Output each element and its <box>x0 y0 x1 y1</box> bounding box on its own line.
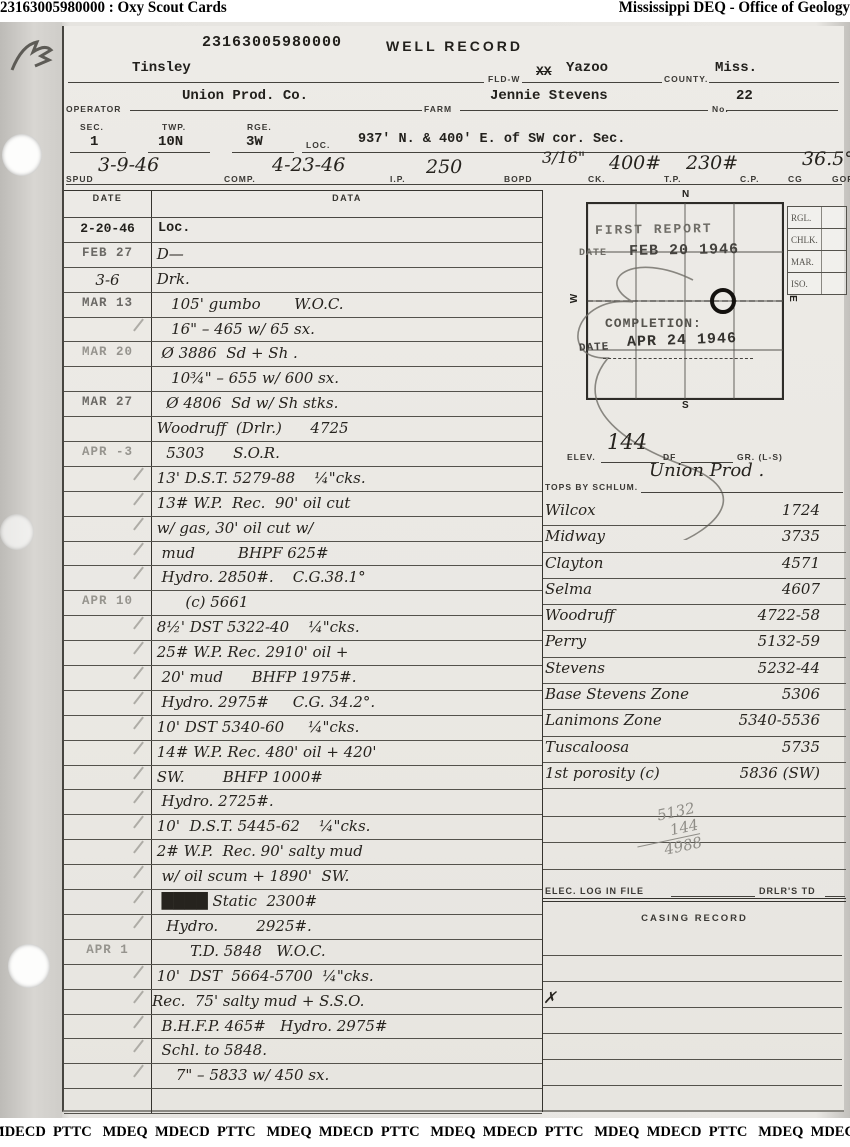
log-row: APR 1 T.D. 5848 W.O.C. <box>64 940 542 965</box>
log-row: 10' DST 5664-5700 ¼"cks. <box>64 965 542 990</box>
elev-value: 144 <box>607 430 647 454</box>
formation-tops-list: Wilcox 1724 Midway 3735 Clayton 4571 <box>543 500 846 789</box>
map-checkbox-label: MAR. <box>788 251 822 272</box>
formation-depth: 5836 (SW) <box>740 764 820 788</box>
twp-value: 10N <box>158 134 183 150</box>
casing-record-rows <box>543 930 846 1112</box>
log-row: 7" – 5833 w/ 450 sx. <box>64 1064 542 1089</box>
log-row-date <box>64 666 152 690</box>
log-row-text: B.H.F.P. 465# Hydro. 2975# <box>152 1015 542 1039</box>
rge-label: RGE. <box>247 122 272 132</box>
formation-depth: 5232-44 <box>758 659 820 683</box>
header-left-text: 23163005980000 : Oxy Scout Cards <box>0 0 227 17</box>
ip-label: I.P. <box>390 174 406 184</box>
elec-log-label: ELEC. LOG IN FILE <box>545 886 644 896</box>
log-row-date: MAR 20 <box>64 342 152 366</box>
log-row <box>64 1089 542 1114</box>
log-row-date <box>64 840 152 864</box>
cg-value: 36.5° <box>802 148 850 170</box>
tops-by-value: Union Prod . <box>649 460 764 481</box>
log-row-date <box>64 616 152 640</box>
log-row-date <box>64 990 152 1014</box>
elev-label: ELEV. <box>567 452 596 462</box>
formation-top-row: Wilcox 1724 <box>543 500 846 526</box>
formation-depth: 4607 <box>782 580 820 604</box>
formation-depth: 5132-59 <box>758 632 820 656</box>
log-row-text: Ø 3886 Sd + Sh . <box>152 342 542 366</box>
plat-west-label: W <box>569 294 580 303</box>
loc-label: LOC. <box>306 140 330 150</box>
log-row: 2# W.P. Rec. 90' salty mud <box>64 840 542 865</box>
log-data-header: DATA <box>152 191 542 217</box>
map-checkbox-label: RGL. <box>788 207 822 228</box>
log-row: APR -3 5303 S.O.R. <box>64 442 542 467</box>
log-row: w/ gas, 30' oil cut w/ <box>64 517 542 542</box>
underline <box>641 492 843 493</box>
double-rule <box>543 898 846 902</box>
map-checkbox-label: CHLK. <box>788 229 822 250</box>
log-row-date: MAR 27 <box>64 392 152 416</box>
log-row-date <box>64 517 152 541</box>
log-row-date <box>64 766 152 790</box>
map-checkbox-label: ISO. <box>788 273 822 294</box>
log-row-date <box>64 915 152 939</box>
field-value: Tinsley <box>132 60 191 76</box>
log-row-date <box>64 417 152 441</box>
gor-label: GOR <box>832 174 850 184</box>
formation-depth: 4571 <box>782 554 820 578</box>
log-row: w/ oil scum + 1890' SW. <box>64 865 542 890</box>
farm-value: Jennie Stevens <box>490 88 608 104</box>
log-row: B.H.F.P. 465# Hydro. 2975# <box>64 1015 542 1040</box>
casing-record-heading-wrap: CASING RECORD <box>543 908 846 926</box>
log-row: 16" – 465 w/ 65 sx. <box>64 318 542 343</box>
blank-row <box>543 1034 842 1060</box>
log-row-date <box>64 1039 152 1063</box>
log-row-text: 13# W.P. Rec. 90' oil cut <box>152 492 542 516</box>
daily-log-table: DATE DATA 2-20-46 Loc. FEB 27 D— <box>64 190 542 1112</box>
log-row-date: FEB 27 <box>64 243 152 267</box>
log-row-text: 10' DST 5664-5700 ¼"cks. <box>152 965 542 989</box>
x-mark: ✗ <box>543 988 556 1007</box>
api-well-number: 23163005980000 <box>202 34 342 51</box>
county-label: COUNTY. <box>664 74 708 84</box>
log-row-text: 10' DST 5340-60 ¼"cks. <box>152 716 542 740</box>
underline <box>68 82 484 83</box>
formation-top-row: Woodruff 4722-58 <box>543 605 846 631</box>
underline <box>726 110 838 111</box>
bopd-label: BOPD <box>504 174 533 184</box>
log-row-date <box>64 691 152 715</box>
log-row-date <box>64 492 152 516</box>
formation-name: Perry <box>545 632 586 656</box>
well-no-value: 22 <box>736 88 753 104</box>
formation-name: Wilcox <box>545 501 596 525</box>
formation-name: Selma <box>545 580 592 604</box>
log-row-text: ████ Static 2300# <box>152 890 542 914</box>
well-record-card: 23163005980000 WELL RECORD Tinsley FLD-W… <box>62 26 844 1112</box>
sec-label: SEC. <box>80 122 104 132</box>
scan-area: Geology.DEQ.State.MS.US Mississippi DEQ … <box>0 22 850 1118</box>
log-row-date <box>64 641 152 665</box>
first-report-date-stamp: FEB 20 1946 <box>629 241 739 260</box>
formation-top-row: Stevens 5232-44 <box>543 658 846 684</box>
map-checkbox-rows: RGL. CHLK. MAR. ISO. <box>788 207 846 294</box>
tp-value: 230# <box>686 152 738 174</box>
ip-value: 250 <box>426 156 462 178</box>
log-row-text: Loc. <box>152 218 542 242</box>
twp-label: TWP. <box>162 122 186 132</box>
page-footer: MDEQ MDECD PTTC MDEQ MDECD PTTC MDEQ MDE… <box>0 1118 850 1147</box>
log-row-text: Hydro. 2725#. <box>152 790 542 814</box>
log-row-text: 13' D.S.T. 5279-88 ¼"cks. <box>152 467 542 491</box>
log-row-date <box>64 815 152 839</box>
formation-name: 1st porosity (c) <box>545 764 660 788</box>
blank-row <box>543 982 842 1008</box>
log-row: 3-6 Drk. <box>64 268 542 293</box>
log-row-text: Hydro. 2975# C.G. 34.2°. <box>152 691 542 715</box>
formation-top-row: Base Stevens Zone 5306 <box>543 684 846 710</box>
ck-value: 400# <box>609 152 661 174</box>
log-row-text <box>152 1089 542 1113</box>
log-row-text: (c) 5661 <box>152 591 542 615</box>
log-row-text: 16" – 465 w/ 65 sx. <box>152 318 542 342</box>
log-row-text: Hydro. 2925#. <box>152 915 542 939</box>
log-row-date <box>64 790 152 814</box>
state-value: Miss. <box>715 60 757 76</box>
field-struck-text: XX <box>536 64 552 79</box>
log-row-text: w/ oil scum + 1890' SW. <box>152 865 542 889</box>
formation-name: Clayton <box>545 554 603 578</box>
log-row: MAR 13 105' gumbo W.O.C. <box>64 293 542 318</box>
formation-top-row: Perry 5132-59 <box>543 631 846 657</box>
log-row: 10¾" – 655 w/ 600 sx. <box>64 367 542 392</box>
log-row: 14# W.P. Rec. 480' oil + 420' <box>64 741 542 766</box>
log-row-text: T.D. 5848 W.O.C. <box>152 940 542 964</box>
punch-hole <box>0 514 34 550</box>
card-title: WELL RECORD <box>386 38 523 54</box>
log-row: MAR 20 Ø 3886 Sd + Sh . <box>64 342 542 367</box>
underline <box>232 152 294 153</box>
log-row-text: SW. BHFP 1000# <box>152 766 542 790</box>
plat-north-label: N <box>682 189 689 200</box>
log-row: Hydro. 2925#. <box>64 915 542 940</box>
log-row-text: 14# W.P. Rec. 480' oil + 420' <box>152 741 542 765</box>
footer-text: MDEQ MDECD PTTC MDEQ MDECD PTTC MDEQ MDE… <box>0 1124 850 1141</box>
formation-name: Woodruff <box>545 606 615 630</box>
ck-label: CK. <box>588 174 606 184</box>
log-row-date: APR 1 <box>64 940 152 964</box>
formation-top-row: 1st porosity (c) 5836 (SW) <box>543 763 846 789</box>
tops-label: TOPS BY SCHLUM. <box>545 482 638 492</box>
log-row-text: 10' D.S.T. 5445-62 ¼"cks. <box>152 815 542 839</box>
log-row: 2-20-46 Loc. <box>64 218 542 243</box>
log-row: 25# W.P. Rec. 2910' oil + <box>64 641 542 666</box>
log-row-date: APR -3 <box>64 442 152 466</box>
formation-depth: 5340-5536 <box>739 711 820 735</box>
log-row: Schl. to 5848. <box>64 1039 542 1064</box>
log-row-text: 20' mud BHFP 1975#. <box>152 666 542 690</box>
formation-top-row: Tuscaloosa 5735 <box>543 737 846 763</box>
log-row-date <box>64 318 152 342</box>
first-report-stamp: FIRST REPORT <box>595 221 713 238</box>
sec-value: 1 <box>90 134 98 150</box>
formation-depth: 5735 <box>782 738 820 762</box>
completion-date-label: DATE <box>579 341 610 355</box>
tp-label: T.P. <box>664 174 682 184</box>
log-row-text: 5303 S.O.R. <box>152 442 542 466</box>
log-row: 20' mud BHFP 1975#. <box>64 666 542 691</box>
log-row-date: APR 10 <box>64 591 152 615</box>
blank-row <box>543 956 842 982</box>
completion-stamp: COMPLETION: <box>605 316 702 331</box>
log-row-text: Hydro. 2850#. C.G.38.1° <box>152 566 542 590</box>
underline <box>70 152 126 153</box>
log-row: Hydro. 2725#. <box>64 790 542 815</box>
log-row-date <box>64 890 152 914</box>
plat-east-label: E <box>787 295 798 302</box>
log-row: ████ Static 2300# <box>64 890 542 915</box>
spud-value: 3-9-46 <box>98 154 159 176</box>
spud-label: SPUD <box>66 174 94 184</box>
log-row-text: 10¾" – 655 w/ 600 sx. <box>152 367 542 391</box>
log-row-date <box>64 716 152 740</box>
log-row: 10' DST 5340-60 ¼"cks. <box>64 716 542 741</box>
well-no-label: No. <box>712 104 729 114</box>
log-row: 10' D.S.T. 5445-62 ¼"cks. <box>64 815 542 840</box>
underline <box>148 152 210 153</box>
log-row: APR 10 (c) 5661 <box>64 591 542 616</box>
loc-value: 937' N. & 400' E. of SW cor. Sec. <box>358 132 625 147</box>
page: { "page": { "header_left": "231630059800… <box>0 0 850 1147</box>
underline <box>671 896 755 897</box>
punch-hole <box>2 134 42 176</box>
log-row-date <box>64 1015 152 1039</box>
log-row-date <box>64 1089 152 1113</box>
log-row-date <box>64 741 152 765</box>
comp-value: 4-23-46 <box>272 154 345 176</box>
formation-top-row: Selma 4607 <box>543 579 846 605</box>
operator-value: Union Prod. Co. <box>182 88 308 104</box>
log-row-text: Woodruff (Drlr.) 4725 <box>152 417 542 441</box>
log-row-text: 8½' DST 5322-40 ¼"cks. <box>152 616 542 640</box>
map-checkbox-row: CHLK. <box>788 229 846 251</box>
blank-row <box>543 1086 842 1112</box>
formation-depth: 5306 <box>782 685 820 709</box>
log-row: FEB 27 D— <box>64 243 542 268</box>
underline <box>460 110 708 111</box>
log-row-date <box>64 566 152 590</box>
punch-hole <box>8 944 50 988</box>
formation-name: Midway <box>545 527 605 551</box>
underline <box>825 896 845 897</box>
formation-top-row: Midway 3735 <box>543 526 846 552</box>
underline <box>709 82 839 83</box>
log-row-text: Drk. <box>152 268 542 292</box>
log-row-text: 7" – 5833 w/ 450 sx. <box>152 1064 542 1088</box>
operator-label: OPERATOR <box>66 104 121 114</box>
formation-name: Tuscaloosa <box>545 738 629 762</box>
farm-label: FARM <box>424 104 452 114</box>
map-checkbox-row: ISO. <box>788 273 846 294</box>
log-row: 13' D.S.T. 5279-88 ¼"cks. <box>64 467 542 492</box>
log-row-date <box>64 965 152 989</box>
log-row: Woodruff (Drlr.) 4725 <box>64 417 542 442</box>
log-row-text: 2# W.P. Rec. 90' salty mud <box>152 840 542 864</box>
underline <box>522 82 662 83</box>
log-row-date <box>64 367 152 391</box>
viewer-header: 23163005980000 : Oxy Scout Cards Mississ… <box>0 0 850 22</box>
field-label: FLD-W <box>488 74 520 84</box>
formation-top-row: Lanimons Zone 5340-5536 <box>543 710 846 736</box>
log-row: Hydro. 2850#. C.G.38.1° <box>64 566 542 591</box>
header-right-text: Mississippi DEQ - Office of Geology <box>619 0 850 17</box>
casing-record-label: CASING RECORD <box>641 913 748 924</box>
underline <box>66 184 842 185</box>
log-rows: 2-20-46 Loc. FEB 27 D— 3-6 Drk. M <box>64 218 542 1114</box>
log-row-text: D— <box>152 243 542 267</box>
formation-top-row: Clayton 4571 <box>543 553 846 579</box>
log-date-header: DATE <box>64 191 152 217</box>
formation-depth: 4722-58 <box>758 606 820 630</box>
map-checkbox-row: MAR. <box>788 251 846 273</box>
log-row-date: MAR 13 <box>64 293 152 317</box>
comp-label: COMP. <box>224 174 256 184</box>
log-row-text: w/ gas, 30' oil cut w/ <box>152 517 542 541</box>
cg-label: CG <box>788 174 803 184</box>
log-row: 13# W.P. Rec. 90' oil cut <box>64 492 542 517</box>
log-row-date <box>64 467 152 491</box>
bopd-value: 3/16" <box>542 148 585 167</box>
formation-name: Base Stevens Zone <box>545 685 689 709</box>
underline <box>130 110 422 111</box>
drlrs-td-label: DRLR'S TD <box>759 886 816 896</box>
formation-depth: 1724 <box>782 501 820 525</box>
stamp-underline <box>603 358 753 359</box>
log-row-text: 105' gumbo W.O.C. <box>152 293 542 317</box>
log-row-date <box>64 1064 152 1088</box>
first-report-date-label: DATE <box>579 248 607 259</box>
rge-value: 3W <box>246 134 263 150</box>
log-row-date <box>64 865 152 889</box>
county-value: Yazoo <box>566 60 608 76</box>
blank-row <box>543 1060 842 1086</box>
log-row: SW. BHFP 1000# <box>64 766 542 791</box>
log-row: MAR 27 Ø 4806 Sd w/ Sh stks. <box>64 392 542 417</box>
log-row-text: Ø 4806 Sd w/ Sh stks. <box>152 392 542 416</box>
log-row: mud BHPF 625# <box>64 542 542 567</box>
blank-row <box>543 930 842 956</box>
cp-label: C.P. <box>740 174 759 184</box>
log-row: 8½' DST 5322-40 ¼"cks. <box>64 616 542 641</box>
formation-name: Lanimons Zone <box>545 711 662 735</box>
map-checkbox-table: RGL. CHLK. MAR. ISO. <box>787 206 847 295</box>
log-row-date: 2-20-46 <box>64 218 152 242</box>
log-header-row: DATE DATA <box>64 191 542 218</box>
log-row-text: Schl. to 5848. <box>152 1039 542 1063</box>
right-column: N S W E FIRST REPORT DATE FEB 20 1946 CO… <box>542 190 846 1112</box>
plat-south-label: S <box>682 400 689 411</box>
formation-name: Stevens <box>545 659 605 683</box>
log-row-text: mud BHPF 625# <box>152 542 542 566</box>
log-row-date: 3-6 <box>64 268 152 292</box>
log-row-date <box>64 542 152 566</box>
log-row-text: Rec. 75' salty mud + S.S.O. <box>152 990 542 1014</box>
log-row-text: 25# W.P. Rec. 2910' oil + <box>152 641 542 665</box>
map-checkbox-row: RGL. <box>788 207 846 229</box>
formation-depth: 3735 <box>782 527 820 551</box>
log-row: Rec. 75' salty mud + S.S.O. <box>64 990 542 1015</box>
blank-row <box>543 1008 842 1034</box>
log-row: Hydro. 2975# C.G. 34.2°. <box>64 691 542 716</box>
